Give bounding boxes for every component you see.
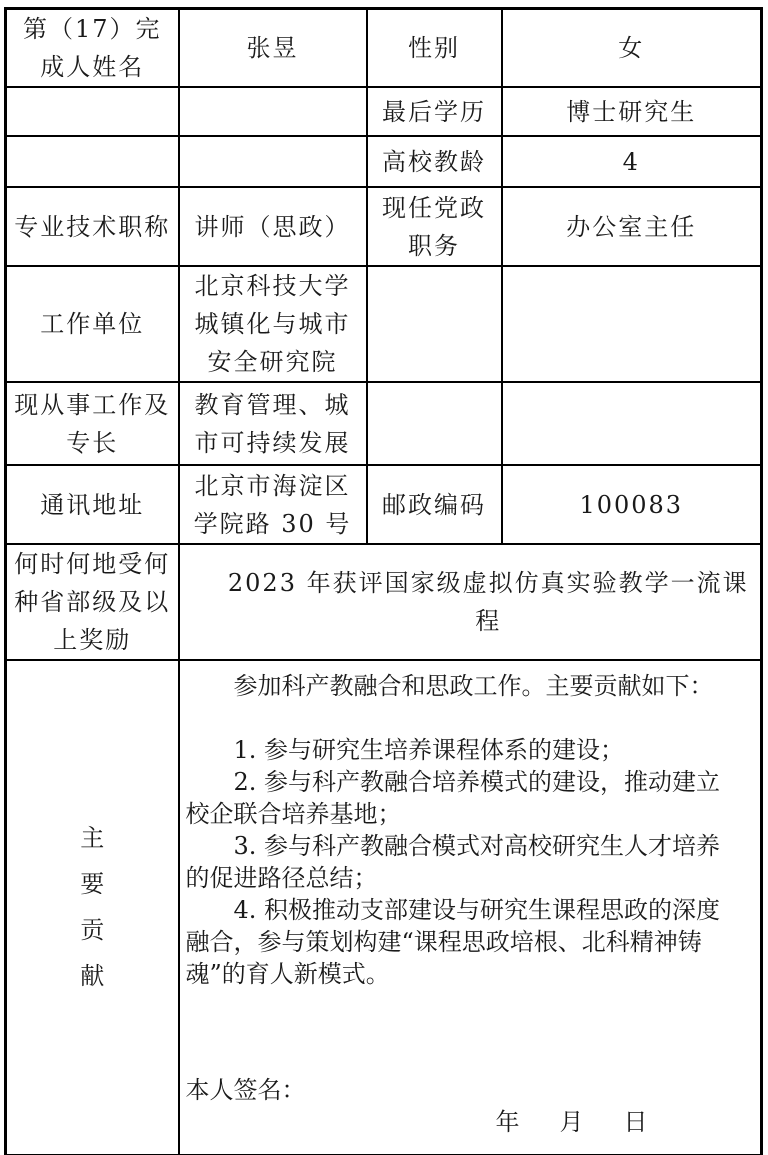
last-degree-value: 博士研究生 [502,87,762,136]
gender-label: 性别 [367,9,502,88]
row-professional-title: 专业技术职称 讲师（思政） 现任党政职务 办公室主任 [6,187,762,266]
address-label: 通讯地址 [6,465,179,544]
contribution-label-text: 主要贡献 [77,815,107,999]
party-post-label: 现任党政职务 [367,187,502,266]
row-employer: 工作单位 北京科技大学城镇化与城市安全研究院 [6,266,762,382]
party-post-value: 办公室主任 [502,187,762,266]
professional-title-label: 专业技术职称 [6,187,179,266]
empty-cell [179,87,367,136]
professional-title-value: 讲师（思政） [179,187,367,266]
awards-label: 何时何地受何种省部级及以上奖励 [6,544,179,660]
empty-cell [367,382,502,465]
row-completer-name: 第（17）完成人姓名 张昱 性别 女 [6,9,762,88]
contribution-item-2: 2. 参与科产教融合培养模式的建设，推动建立校企联合培养基地； [186,766,726,830]
row-teaching-years: 高校教龄 4 [6,136,762,187]
contribution-intro: 参加科产教融合和思政工作。主要贡献如下： [186,670,726,702]
postcode-label: 邮政编码 [367,465,502,544]
contribution-item-4: 4. 积极推动支部建设与研究生课程思政的深度融合，参与策划构建“课程思政培根、北… [186,894,726,990]
empty-cell [367,266,502,382]
empty-cell [6,87,179,136]
specialty-value: 教育管理、城市可持续发展 [179,382,367,465]
contribution-cell: 参加科产教融合和思政工作。主要贡献如下： 1. 参与研究生培养课程体系的建设； … [179,660,762,1155]
contribution-item-1: 1. 参与研究生培养课程体系的建设； [186,734,726,766]
date-line: 年 月 日 [186,1106,726,1138]
empty-cell [502,266,762,382]
contribution-label: 主要贡献 [6,660,179,1155]
contribution-text: 参加科产教融合和思政工作。主要贡献如下： 1. 参与研究生培养课程体系的建设； … [186,670,726,1138]
empty-cell [502,382,762,465]
row-last-degree: 最后学历 博士研究生 [6,87,762,136]
empty-cell [6,136,179,187]
contribution-item-3: 3. 参与科产教融合模式对高校研究生人才培养的促进路径总结； [186,830,726,894]
row-awards: 何时何地受何种省部级及以上奖励 2023 年获评国家级虚拟仿真实验教学一流课程 [6,544,762,660]
personnel-form-table: 第（17）完成人姓名 张昱 性别 女 最后学历 博士研究生 高校教龄 4 专业技… [4,7,763,1155]
completer-name-value: 张昱 [179,9,367,88]
last-degree-label: 最后学历 [367,87,502,136]
row-specialty: 现从事工作及专长 教育管理、城市可持续发展 [6,382,762,465]
postcode-value: 100083 [502,465,762,544]
row-contribution: 主要贡献 参加科产教融合和思政工作。主要贡献如下： 1. 参与研究生培养课程体系… [6,660,762,1155]
row-address: 通讯地址 北京市海淀区学院路 30 号 邮政编码 100083 [6,465,762,544]
completer-name-label: 第（17）完成人姓名 [6,9,179,88]
specialty-label: 现从事工作及专长 [6,382,179,465]
signature-label: 本人签名： [186,1074,726,1106]
awards-value: 2023 年获评国家级虚拟仿真实验教学一流课程 [179,544,762,660]
teaching-years-label: 高校教龄 [367,136,502,187]
employer-value: 北京科技大学城镇化与城市安全研究院 [179,266,367,382]
teaching-years-value: 4 [502,136,762,187]
gender-value: 女 [502,9,762,88]
address-value: 北京市海淀区学院路 30 号 [179,465,367,544]
empty-cell [179,136,367,187]
employer-label: 工作单位 [6,266,179,382]
